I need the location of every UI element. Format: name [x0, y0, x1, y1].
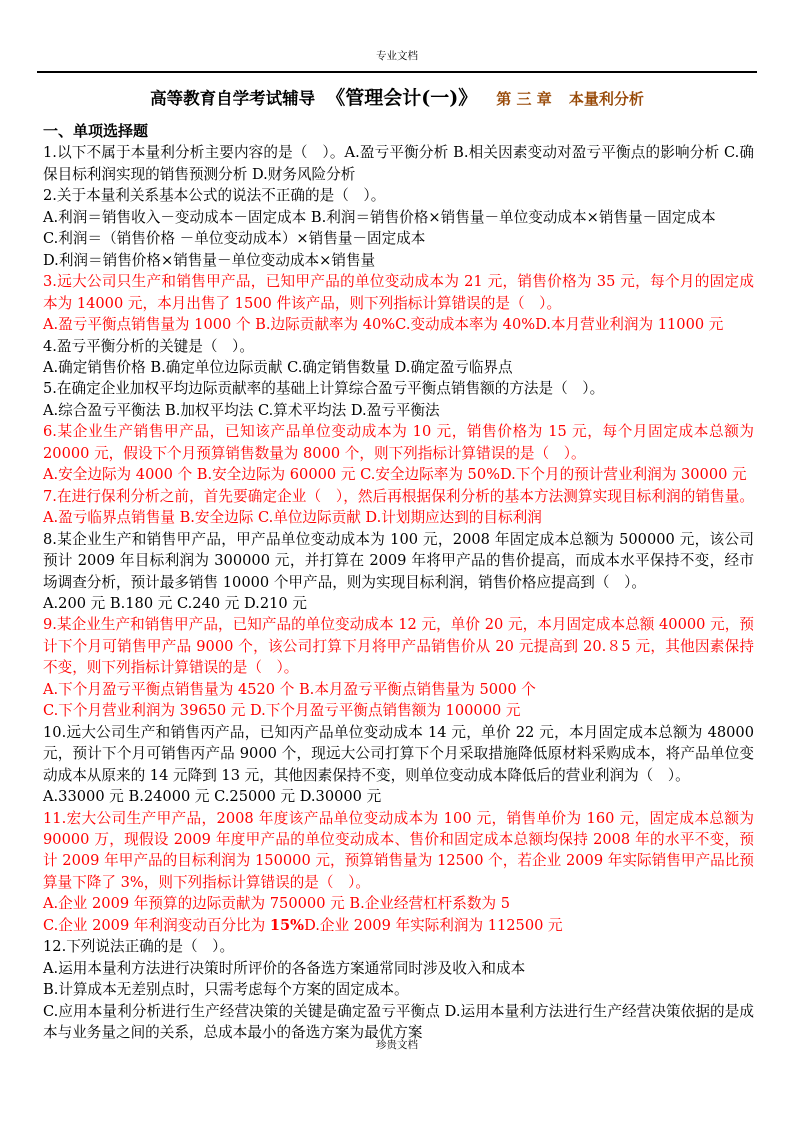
question-9: 9.某企业生产和销售甲产品，已知产品的单位变动成本 12 元，单价 20 元，本…: [43, 614, 754, 678]
question-2-options-ab: A.利润＝销售收入－变动成本－固定成本 B.利润＝销售价格×销售量－单位变动成本…: [43, 207, 754, 228]
question-12-option-b: B.计算成本无差别点时，只需考虑每个方案的固定成本。: [43, 979, 754, 1000]
question-2-option-d: D.利润＝销售价格×销售量－单位变动成本×销售量: [43, 250, 754, 271]
title-chapter-number: 第 三 章: [496, 90, 551, 108]
question-12-option-a: A.运用本量利方法进行决策时所评价的各备选方案通常同时涉及收入和成本: [43, 958, 754, 979]
question-3-options: A.盈亏平衡点销售量为 1000 个 B.边际贡献率为 40%C.变动成本率为 …: [43, 314, 754, 335]
question-2-option-c: C.利润＝（销售价格 －单位变动成本）×销售量－固定成本: [43, 228, 754, 249]
question-list: 一、单项选择题 1.以下不属于本量利分析主要内容的是（ ）。A.盈亏平衡分析 B…: [43, 121, 754, 1043]
question-5: 5.在确定企业加权平均边际贡献率的基础上计算综合盈亏平衡点销售额的方法是（ ）。: [43, 378, 754, 399]
title-book-name: 《管理会计(一)》: [326, 87, 477, 109]
question-4-options: A.确定销售价格 B.确定单位边际贡献 C.确定销售数量 D.确定盈亏临界点: [43, 357, 754, 378]
question-8-options: A.200 元 B.180 元 C.240 元 D.210 元: [43, 593, 754, 614]
question-6: 6.某企业生产销售甲产品，已知该产品单位变动成本为 10 元，销售价格为 15 …: [43, 421, 754, 464]
option-d-text: D.企业 2009 年实际利润为 112500 元: [304, 917, 563, 934]
title-chapter-topic: 本量利分析: [569, 90, 644, 108]
question-8: 8.某企业生产和销售甲产品，甲产品单位变动成本为 100 元，2008 年固定成…: [43, 529, 754, 593]
question-6-options: A.安全边际为 4000 个 B.安全边际为 60000 元 C.安全边际率为 …: [43, 464, 754, 485]
question-2: 2.关于本量利关系基本公式的说法不正确的是（ ）。: [43, 185, 754, 206]
question-10-options: A.33000 元 B.24000 元 C.25000 元 D.30000 元: [43, 786, 754, 807]
question-9-options-cd: C.下个月营业利润为 39650 元 D.下个月盈亏平衡点销售额为 100000…: [43, 700, 754, 721]
option-c-text: C.企业 2009 年利润变动百分比为: [43, 917, 270, 934]
page-title: 高等教育自学考试辅导 《管理会计(一)》 第 三 章 本量利分析: [0, 83, 794, 110]
question-11-options-ab: A.企业 2009 年预算的边际贡献为 750000 元 B.企业经营杠杆系数为…: [43, 893, 754, 914]
question-9-options-ab: A.下个月盈亏平衡点销售量为 4520 个 B.本月盈亏平衡点销售量为 5000…: [43, 679, 754, 700]
footer-watermark: 珍贵文档: [0, 1038, 794, 1052]
question-10: 10.远大公司生产和销售丙产品，已知丙产品单位变动成本 14 元，单价 22 元…: [43, 722, 754, 786]
question-4: 4.盈亏平衡分析的关键是（ ）。: [43, 336, 754, 357]
question-7: 7.在进行保利分析之前，首先要确定企业（ ），然后再根据保利分析的基本方法测算实…: [43, 486, 754, 529]
document-page: 专业文档 高等教育自学考试辅导 《管理会计(一)》 第 三 章 本量利分析 一、…: [0, 0, 794, 1123]
header-divider: [37, 71, 757, 73]
page-header: 专业文档: [0, 0, 794, 73]
question-1: 1.以下不属于本量利分析主要内容的是（ ）。A.盈亏平衡分析 B.相关因素变动对…: [43, 142, 754, 185]
question-12: 12.下列说法正确的是（ ）。: [43, 936, 754, 957]
question-5-options: A.综合盈亏平衡法 B.加权平均法 C.算术平均法 D.盈亏平衡法: [43, 400, 754, 421]
title-course-label: 高等教育自学考试辅导: [150, 89, 315, 108]
question-11-options-cd: C.企业 2009 年利润变动百分比为 15%D.企业 2009 年实际利润为 …: [43, 915, 754, 936]
question-3: 3.远大公司只生产和销售甲产品，已知甲产品的单位变动成本为 21 元，销售价格为…: [43, 271, 754, 314]
question-11: 11.宏大公司生产甲产品，2008 年度该产品单位变动成本为 100 元，销售单…: [43, 808, 754, 894]
option-c-bold-value: 15%: [270, 917, 304, 934]
header-watermark: 专业文档: [0, 0, 794, 63]
section-heading: 一、单项选择题: [43, 121, 754, 142]
